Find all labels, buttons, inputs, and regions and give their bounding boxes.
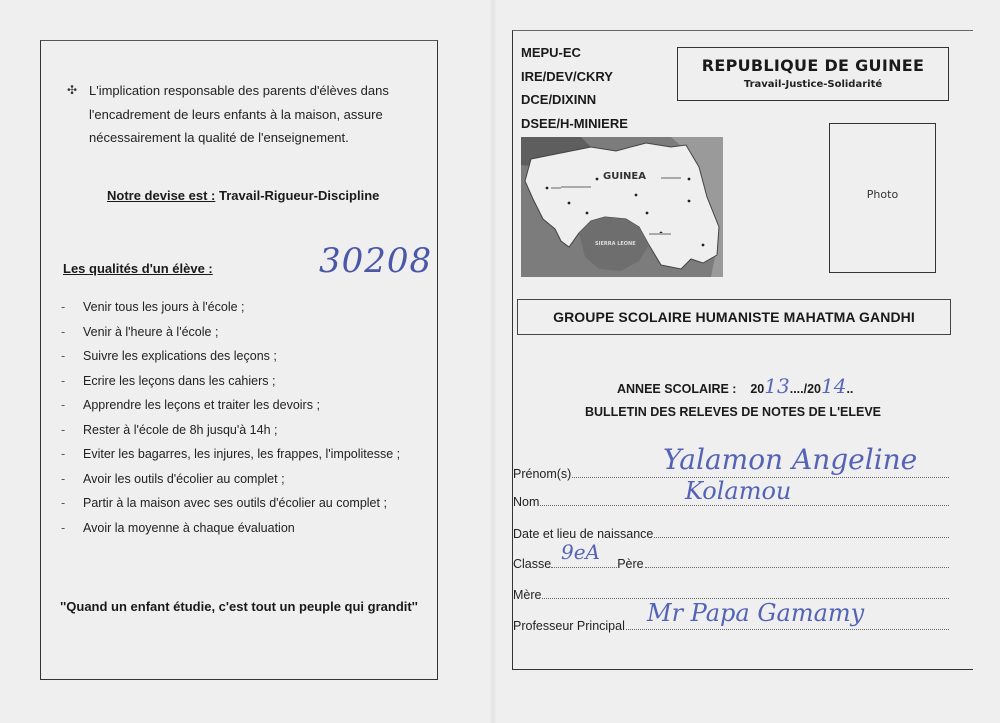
ministry-line: MEPU-EC [521, 41, 628, 65]
closing-quote: ''Quand un enfant étudie, c'est tout un … [41, 599, 437, 614]
guinea-map-image: GUINEA SIERRA LEONE [521, 137, 723, 277]
prenom-value: Yalamon Angeline [663, 443, 917, 476]
list-item: Venir à l'heure à l'école ; [59, 320, 400, 345]
ministry-line: IRE/DEV/CKRY [521, 65, 628, 89]
photo-label: Photo [867, 188, 898, 201]
bulletin-title: BULLETIN DES RELEVES DE NOTES DE L'ELEVE [513, 405, 953, 419]
ministry-header: MEPU-EC IRE/DEV/CKRY DCE/DIXINN DSEE/H-M… [521, 41, 628, 135]
annee-suffix: .. [846, 382, 853, 396]
list-item: Venir tous les jours à l'école ; [59, 295, 400, 320]
republic-title: REPUBLIQUE DE GUINEE [678, 56, 948, 75]
republic-motto: Travail-Justice-Solidarité [678, 79, 948, 90]
devise-label: Notre devise est : [107, 188, 215, 203]
qualites-list: Venir tous les jours à l'école ; Venir à… [59, 295, 400, 540]
school-name-box: GROUPE SCOLAIRE HUMANISTE MAHATMA GANDHI [517, 299, 951, 335]
list-item: Suivre les explications des leçons ; [59, 344, 400, 369]
pere-label: Père [617, 557, 643, 571]
list-item: Eviter les bagarres, les injures, les fr… [59, 442, 400, 467]
annee-year-end: 14 [821, 374, 846, 398]
annee-year-start: 13 [764, 374, 789, 398]
list-item: Ecrire les leçons dans les cahiers ; [59, 369, 400, 394]
left-page: ✣ L'implication responsable des parents … [40, 40, 438, 680]
ministry-line: DSEE/H-MINIERE [521, 112, 628, 136]
mere-label: Mère [513, 588, 541, 602]
classe-label: Classe [513, 557, 551, 571]
qualites-heading: Les qualités d'un élève : [63, 261, 213, 276]
republic-header-box: REPUBLIQUE DE GUINEE Travail-Justice-Sol… [677, 47, 949, 101]
nom-label: Nom [513, 495, 539, 509]
list-item: Partir à la maison avec ses outils d'éco… [59, 491, 400, 516]
annee-separator: ..../20 [790, 382, 821, 396]
school-motto: Notre devise est : Travail-Rigueur-Disci… [107, 188, 379, 203]
page-fold [490, 0, 496, 723]
handwritten-registration-number: 30208 [319, 241, 432, 281]
nom-value: Kolamou [685, 477, 791, 505]
naissance-field[interactable]: Date et lieu de naissance [513, 521, 949, 541]
list-item: Apprendre les leçons et traiter les devo… [59, 393, 400, 418]
map-country-label: GUINEA [603, 171, 646, 182]
right-page: MEPU-EC IRE/DEV/CKRY DCE/DIXINN DSEE/H-M… [512, 30, 973, 670]
ministry-line: DCE/DIXINN [521, 88, 628, 112]
prenom-label: Prénom(s) [513, 467, 571, 481]
annee-label: ANNEE SCOLAIRE : [617, 382, 736, 396]
diamond-dots-bullet-icon: ✣ [67, 79, 77, 103]
naissance-label: Date et lieu de naissance [513, 527, 653, 541]
school-year: ANNEE SCOLAIRE : 2013..../2014.. [617, 374, 853, 398]
parents-involvement-paragraph: ✣ L'implication responsable des parents … [67, 79, 427, 150]
devise-value: Travail-Rigueur-Discipline [219, 188, 379, 203]
photo-placeholder: Photo [829, 123, 936, 273]
professeur-value: Mr Papa Gamamy [647, 599, 864, 627]
map-neighbor-label: SIERRA LEONE [595, 241, 636, 247]
list-item: Avoir la moyenne à chaque évaluation [59, 516, 400, 541]
list-item: Rester à l'école de 8h jusqu'à 14h ; [59, 418, 400, 443]
classe-value: 9eA [561, 540, 600, 564]
list-item: Avoir les outils d'écolier au complet ; [59, 467, 400, 492]
professeur-label: Professeur Principal [513, 619, 625, 633]
intro-text: L'implication responsable des parents d'… [67, 79, 427, 150]
annee-prefix: 20 [750, 382, 764, 396]
